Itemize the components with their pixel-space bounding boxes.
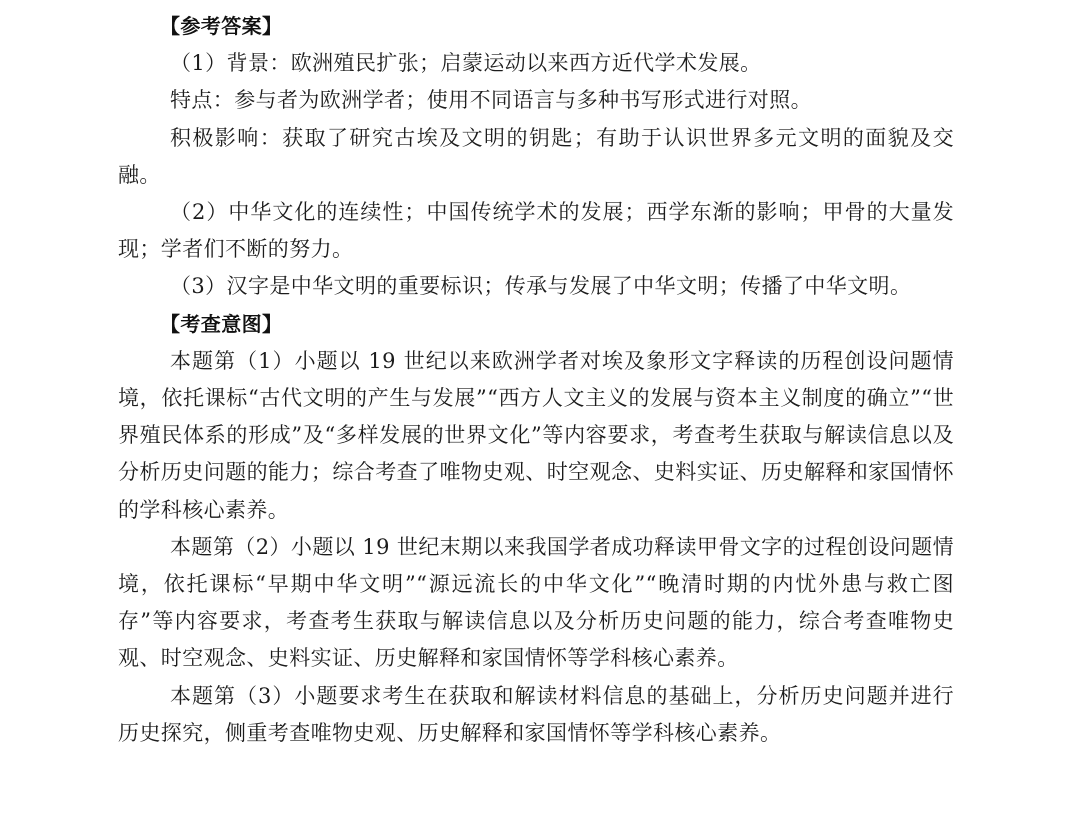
answer-paragraph-1-background: （1）背景：欧洲殖民扩张；启蒙运动以来西方近代学术发展。 xyxy=(118,45,954,82)
intent-paragraph-2: 本题第（2）小题以 19 世纪末期以来我国学者成功释读甲骨文字的过程创设问题情境… xyxy=(118,529,954,678)
section-heading-exam-intent: 【考查意图】 xyxy=(118,306,954,343)
document-page: 【参考答案】 （1）背景：欧洲殖民扩张；启蒙运动以来西方近代学术发展。 特点：参… xyxy=(118,8,954,752)
answer-paragraph-2: （2）中华文化的连续性；中国传统学术的发展；西学东渐的影响；甲骨的大量发现；学者… xyxy=(118,194,954,268)
answer-paragraph-1-features: 特点：参与者为欧洲学者；使用不同语言与多种书写形式进行对照。 xyxy=(118,82,954,119)
answer-paragraph-3: （3）汉字是中华文明的重要标识；传承与发展了中华文明；传播了中华文明。 xyxy=(118,268,954,305)
answer-paragraph-1-impact: 积极影响：获取了研究古埃及文明的钥匙；有助于认识世界多元文明的面貌及交融。 xyxy=(118,120,954,194)
section-heading-reference-answer: 【参考答案】 xyxy=(118,8,954,45)
intent-paragraph-3: 本题第（3）小题要求考生在获取和解读材料信息的基础上，分析历史问题并进行历史探究… xyxy=(118,678,954,752)
intent-paragraph-1: 本题第（1）小题以 19 世纪以来欧洲学者对埃及象形文字释读的历程创设问题情境，… xyxy=(118,343,954,529)
